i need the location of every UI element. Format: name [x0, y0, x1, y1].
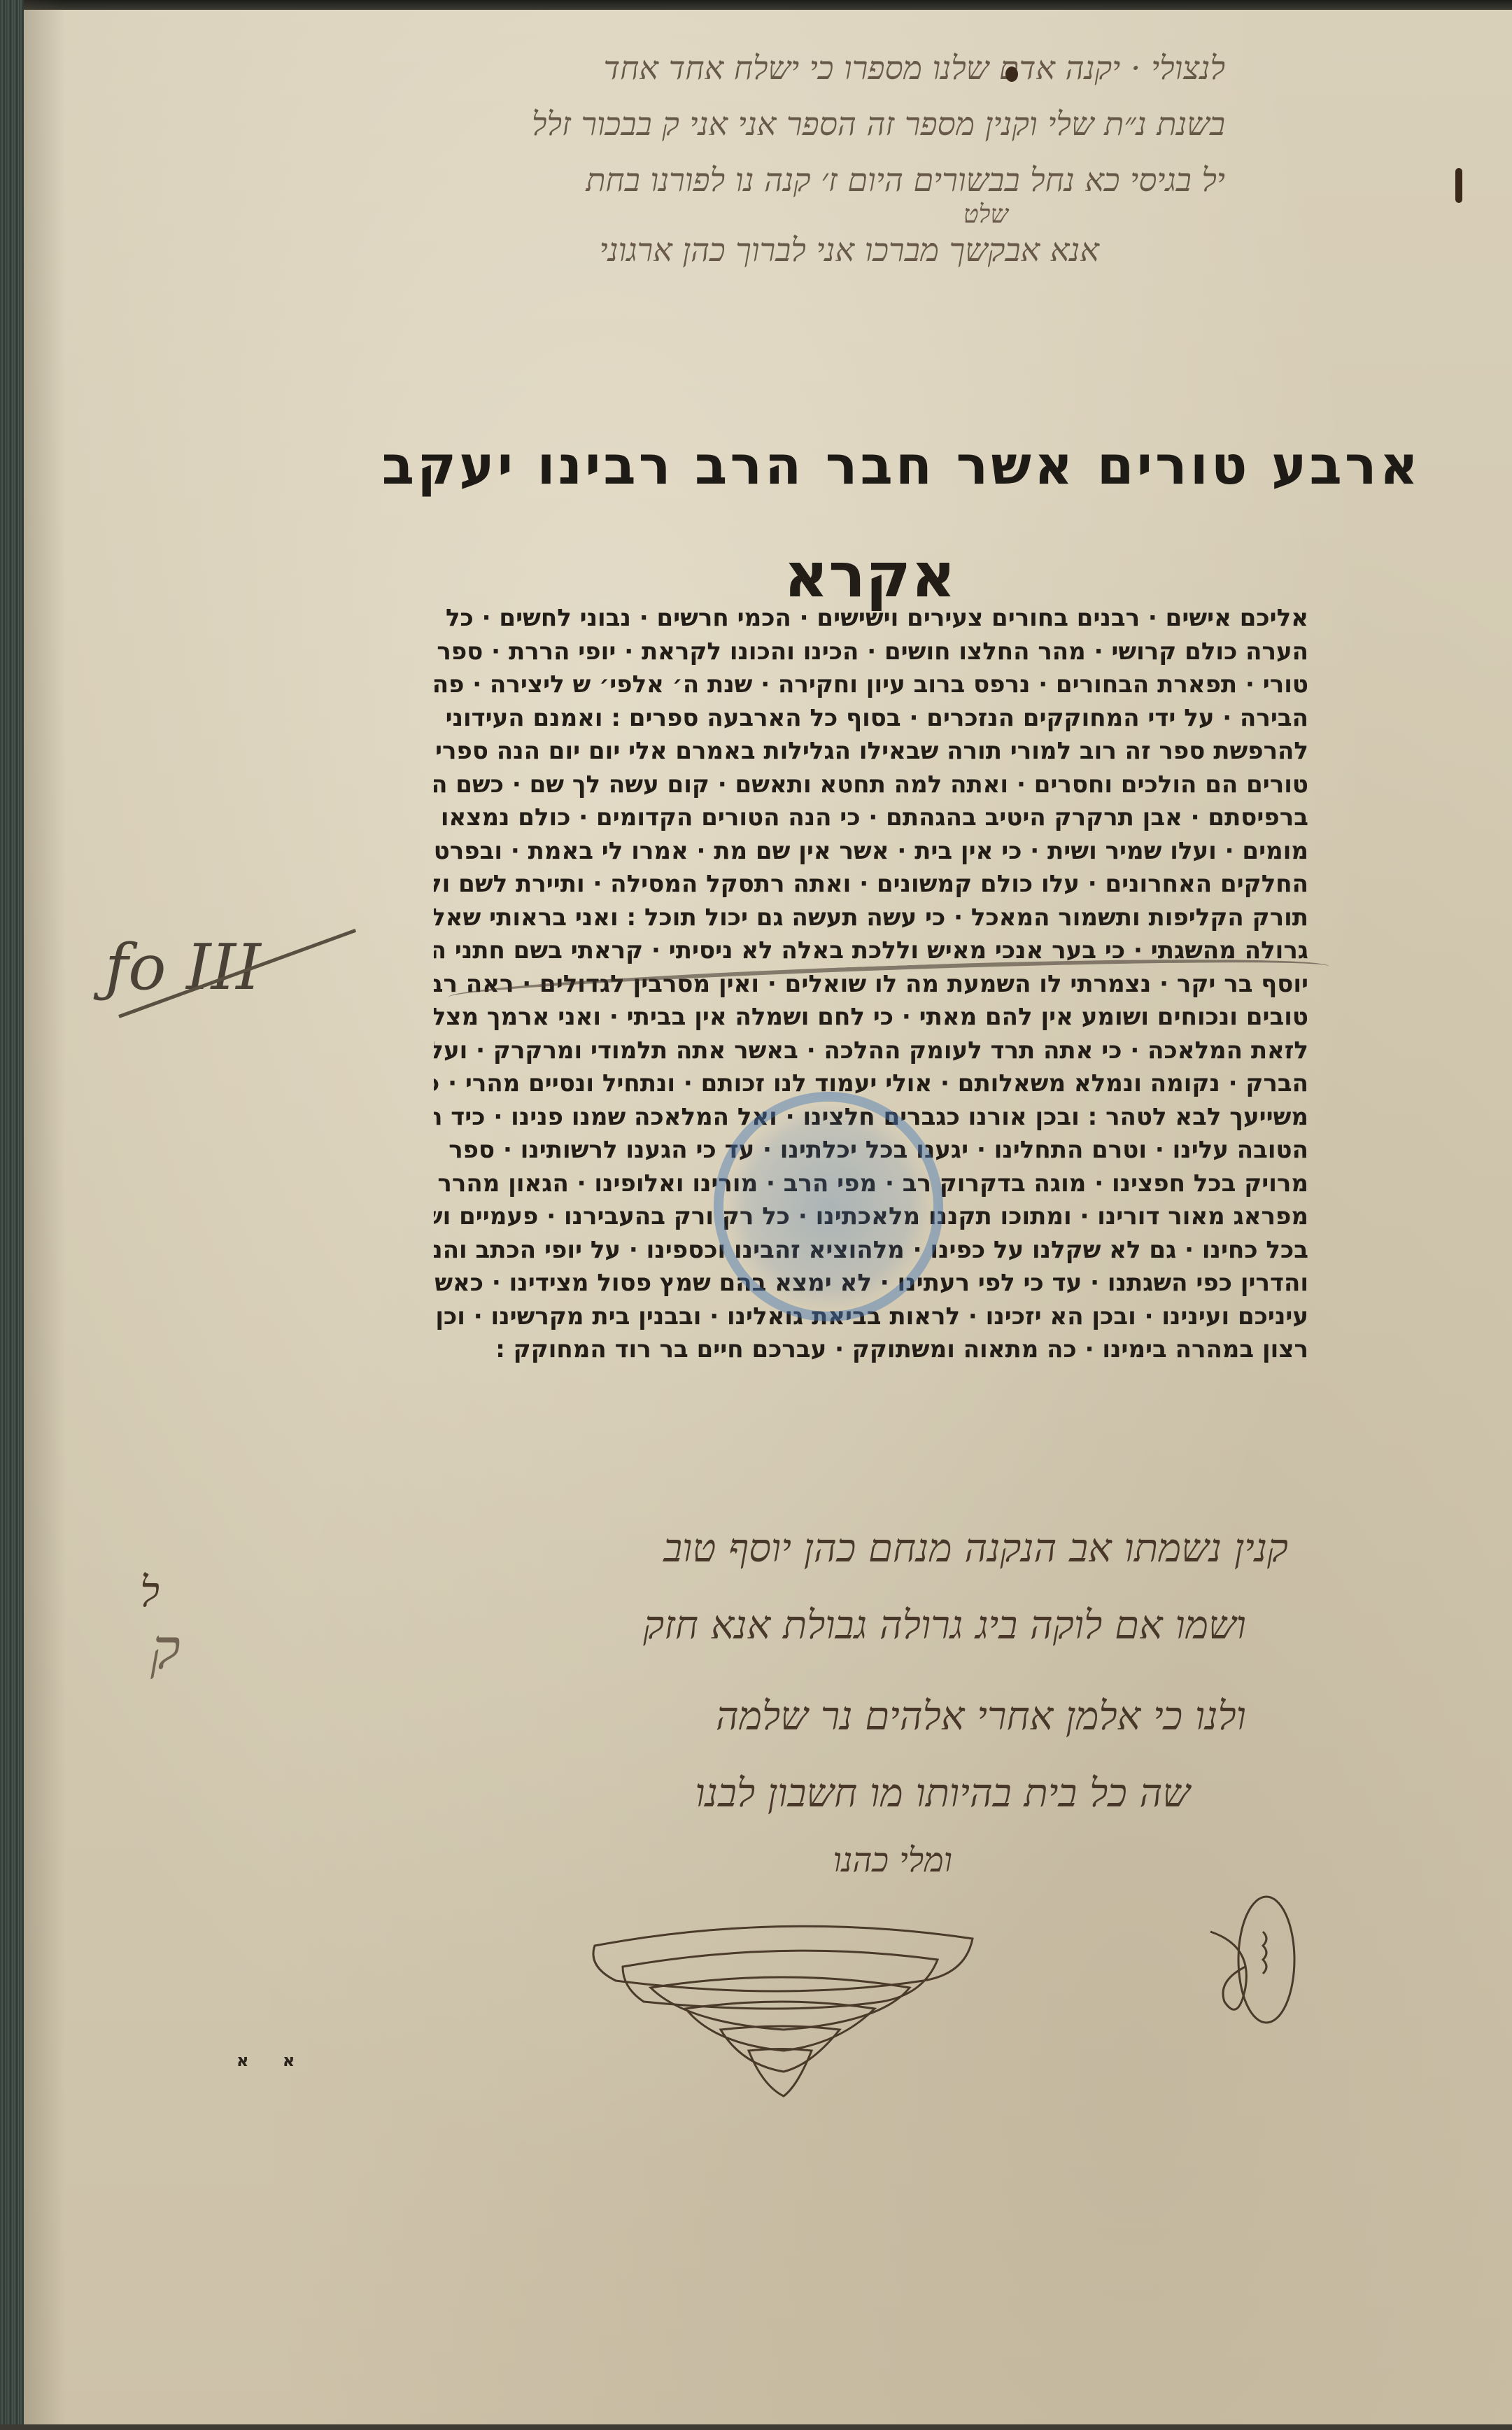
- scanned-page: לנצולי · יקנה אדם שלנו מספרו כי ישלח אחד…: [0, 0, 1512, 2430]
- handwritten-note-line-3: יל בגיסי כא נחל בבשורים היום ז׳ קנה נו ל…: [586, 161, 1225, 199]
- margin-glyph-lamed: ל: [140, 1568, 160, 1617]
- text-line-colophon: רצון במהרה בימינו · כה מתאוה ומשתוקק · ע…: [434, 1333, 1308, 1367]
- text-line: טורי · תפארת הבחורים · נרפס ברוב עיון וח…: [434, 668, 1308, 702]
- text-line: החלקים האחרונים · עלו כולם קמשונים · ואת…: [434, 868, 1308, 901]
- handwritten-inscription-line-1: קנין נשמתו אב הנקנה מנחם כהן יוסף טוב: [663, 1526, 1288, 1571]
- handwritten-inscription-line-3: ולנו כי אלמן אחרי אלהים נר שלמה: [716, 1694, 1246, 1739]
- text-line: לזאת המלאכה · כי אתה תרד לעומק ההלכה · ב…: [434, 1034, 1308, 1068]
- top-page-edge: [0, 0, 1512, 10]
- ink-dot: [1005, 66, 1018, 82]
- book-binding-edge: [0, 0, 24, 2430]
- text-line: אליכם אישים · רבנים בחורים צעירים וישישי…: [434, 602, 1308, 635]
- text-line: ברפיסתם · אבן תרקרק היטיב בהגהתם · כי הנ…: [434, 801, 1308, 835]
- face-doodle-icon: [1203, 1890, 1301, 2030]
- handwritten-note-line-1: לנצולי · יקנה אדם שלנו מספרו כי ישלח אחד…: [603, 49, 1225, 87]
- handwritten-inscription-line-5: ומלי כהנו: [833, 1841, 952, 1880]
- handwritten-note-line-2: בשנת נ״ת שלי וקנין מספר זה הספר אני אני …: [532, 105, 1225, 143]
- handwritten-note-line-4: שלט: [963, 199, 1008, 229]
- opening-word: אקרא: [784, 539, 956, 611]
- spiral-doodle-icon: [588, 1918, 980, 2100]
- text-line: מומים · ועלו שמיר ושית · כי אין בית · אש…: [434, 835, 1308, 869]
- handwritten-inscription-line-2: ושמו אם לוקה ביג גרולה גבולת אנא חזק: [643, 1603, 1246, 1648]
- text-line: תורק הקליפות ותשמור המאכל · כי עשה תעשה …: [434, 901, 1308, 935]
- margin-glyph-qof: ק: [150, 1617, 181, 1683]
- gutter-shadow: [24, 0, 66, 2430]
- handwritten-note-line-5: אנא אבקשך מברכו אני לברוך כהן ארגוני: [600, 231, 1099, 269]
- text-line: הברק · נקומה ונמלא משאלותם · אולי יעמוד …: [434, 1067, 1308, 1101]
- text-line: להרפשת ספר זה רוב למורי תורה שבאילו הגלי…: [434, 735, 1308, 768]
- book-title: ארבע טורים אשר חבר הרב רבינו יעקב: [382, 434, 1421, 496]
- handwritten-inscription-line-4: שה כל בית בהיותו מו חשבון לבנו: [695, 1771, 1190, 1816]
- text-line: הבירה · על ידי המחוקקים הנזכרים · בסוף כ…: [434, 702, 1308, 736]
- signature-mark: א א: [236, 2051, 309, 2070]
- library-stamp: [714, 1092, 943, 1321]
- text-line: טורים הם הולכים וחסרים · ואתה למה תחטא ו…: [434, 768, 1308, 802]
- bottom-page-edge: [0, 2424, 1512, 2430]
- ink-mark-right-margin: [1455, 168, 1462, 203]
- text-line: הערה כולם קרושי · מהר החלצו חושים · הכינ…: [434, 635, 1308, 669]
